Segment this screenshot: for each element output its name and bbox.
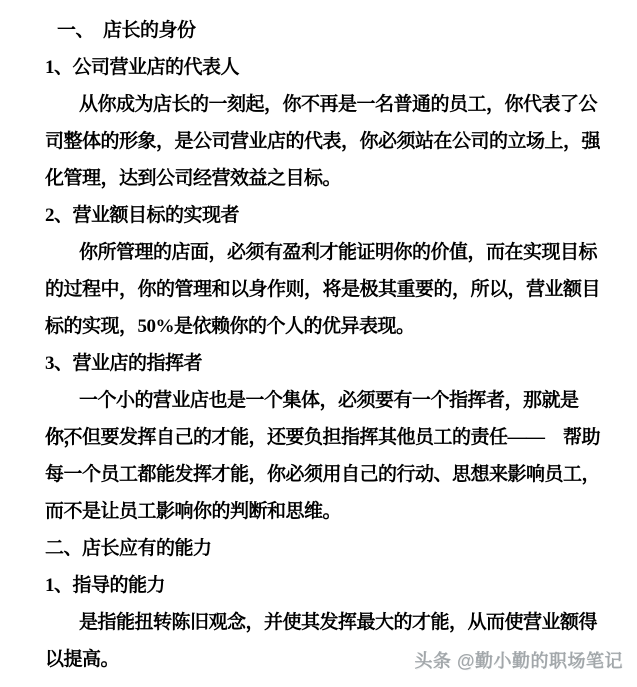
watermark: 头条 @勤小勤的职场笔记 <box>414 649 623 673</box>
item-heading-1-3: 3、营业店的指挥者 <box>45 345 601 382</box>
document-page: 一、 店长的身份 1、公司营业店的代表人 从你成为店长的一刻起，你不再是一名普通… <box>0 0 637 687</box>
paragraph-1-line-1: 从你成为店长的一刻起，你不再是一名普通的员工，你代表了公 <box>45 86 601 123</box>
item-heading-2-1: 1、指导的能力 <box>45 567 601 604</box>
paragraph-3-line-2: 你不但要发挥自己的才能，还要负担指挥其他员工的责任—— 帮助 <box>45 419 601 456</box>
item-heading-1-1: 1、公司营业店的代表人 <box>45 49 601 86</box>
document-body: 一、 店长的身份 1、公司营业店的代表人 从你成为店长的一刻起，你不再是一名普通… <box>45 12 601 678</box>
item-heading-1-2: 2、营业额目标的实现者 <box>45 197 601 234</box>
section-heading-1: 一、 店长的身份 <box>57 12 601 49</box>
paragraph-2-line-2: 的过程中，你的管理和以身作则，将是极其重要的，所以，营业额目 <box>45 271 601 308</box>
paragraph-1-line-3: 化管理，达到公司经营效益之目标。 <box>45 160 601 197</box>
paragraph-1-line-2: 司整体的形象，是公司营业店的代表，你必须站在公司的立场上，强 <box>45 123 601 160</box>
paragraph-2-line-3: 标的实现，50%是依赖你的个人的优异表现。 <box>45 308 601 345</box>
section-heading-2: 二、店长应有的能力 <box>45 530 601 567</box>
paragraph-3-line-3: 每一个员工都能发挥才能，你必须用自己的行动、思想来影响员工， <box>45 456 601 493</box>
paragraph-4-line-1: 是指能扭转陈旧观念，并使其发挥最大的才能，从而使营业额得 <box>45 604 601 641</box>
paragraph-3-line-1: 一个小的营业店也是一个集体，必须要有一个指挥者，那就是你， <box>45 382 601 419</box>
paragraph-3-line-4: 而不是让员工影响你的判断和思维。 <box>45 493 601 530</box>
paragraph-2-line-1: 你所管理的店面，必须有盈利才能证明你的价值，而在实现目标 <box>45 234 601 271</box>
